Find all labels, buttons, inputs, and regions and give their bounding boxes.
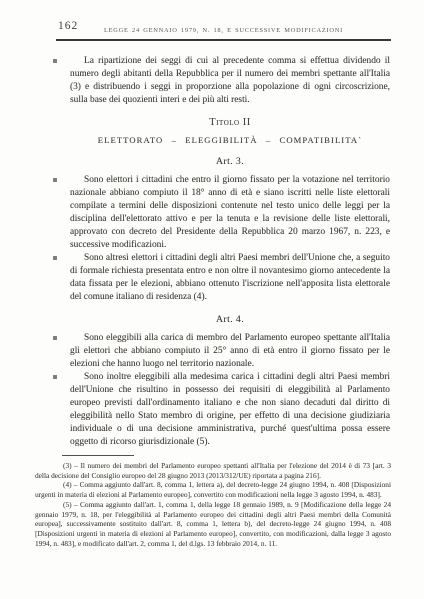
margin-mark [53,59,57,63]
book-page: 162 legge 24 gennaio 1979, n. 18, e succ… [0,0,424,599]
intro-paragraph: La ripartizione dei seggi di cui al prec… [70,55,390,107]
article-3-paragraph-1: Sono elettori i cittadini che entro il g… [70,174,390,252]
section-title-kicker: Titolo II [70,117,390,129]
header-rule [56,39,391,41]
intro-paragraph-text: La ripartizione dei seggi di cui al prec… [70,56,390,105]
page-header: 162 legge 24 gennaio 1979, n. 18, e succ… [56,22,391,41]
footnote-3: (3) – Il numero dei membri del Parlament… [35,461,391,480]
footnote-4: (4) – Comma aggiunto dall'art. 8, comma … [35,480,391,499]
article-4-paragraph-1-text: Sono eleggibili alla carica di membro de… [70,333,390,369]
footnote-separator [62,455,134,456]
footnotes-block: (3) – Il numero dei membri del Parlament… [35,461,391,548]
article-4-heading: Art. 4. [70,314,390,326]
body-text: La ripartizione dei seggi di cui al prec… [70,55,390,449]
margin-mark [53,375,57,379]
article-4-paragraph-1: Sono eleggibili alla carica di membro de… [70,332,390,371]
page-number: 162 [58,20,78,32]
running-head: legge 24 gennaio 1979, n. 18, e successi… [56,22,391,34]
margin-mark [53,178,57,182]
article-4-paragraph-2-text: Sono inoltre eleggibili alla medesima ca… [70,372,390,447]
footnote-5: (5) – Comma aggiunto dall'art. 1, comma … [35,500,391,549]
article-3-paragraph-2: Sono altresì elettori i cittadini degli … [70,252,390,304]
section-title-heading: ELETTORATO – ELEGGIBILITÀ – COMPATIBILIT… [70,135,390,146]
article-3-paragraph-1-text: Sono elettori i cittadini che entro il g… [70,175,390,250]
article-3-paragraph-2-text: Sono altresì elettori i cittadini degli … [70,253,390,302]
margin-mark [53,336,57,340]
article-4-paragraph-2: Sono inoltre eleggibili alla medesima ca… [70,371,390,449]
margin-mark [53,256,57,260]
article-3-heading: Art. 3. [70,156,390,168]
